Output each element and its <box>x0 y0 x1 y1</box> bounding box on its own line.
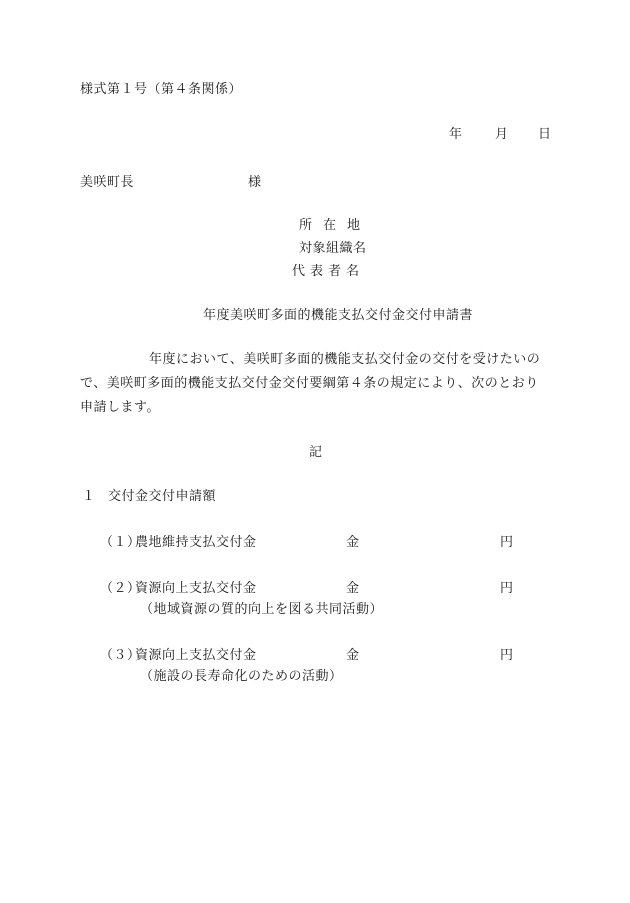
item-3-unit: 円 <box>500 649 513 662</box>
date-month-label: 月 <box>495 128 508 141</box>
applicant-representative-label: 代表者名 <box>292 265 364 278</box>
body-line-2: で、美咲町多面的機能支払交付金交付要綱第４条の規定により、次のとおり <box>80 377 539 390</box>
item-2-amount-prefix: 金 <box>346 582 359 595</box>
applicant-address-label: 所在地 <box>299 219 371 232</box>
date-day-label: 日 <box>538 128 551 141</box>
item-3-amount-prefix: 金 <box>346 649 359 662</box>
item-1-amount-prefix: 金 <box>346 536 359 549</box>
addressee-honorific: 様 <box>248 176 261 189</box>
document-title: 年度美咲町多面的機能支払交付金交付申請書 <box>203 309 473 322</box>
body-line-1: 年度において、美咲町多面的機能支払交付金の交付を受けたいの <box>149 353 540 366</box>
item-3-name: 資源向上支払交付金 <box>135 649 257 662</box>
date-year-label: 年 <box>449 128 462 141</box>
applicant-organization-label: 対象組織名 <box>299 242 367 255</box>
ki-heading: 記 <box>309 446 322 459</box>
form-number: 様式第１号（第４条関係） <box>80 83 242 96</box>
addressee-name: 美咲町長 <box>80 176 134 189</box>
item-1-name: 農地維持支払交付金 <box>135 536 257 549</box>
section-1-number: １ <box>82 490 95 503</box>
item-2-note: （地域資源の質的向上を図る共同活動） <box>140 603 383 616</box>
item-2-name: 資源向上支払交付金 <box>135 582 257 595</box>
body-line-3: 申請します。 <box>80 401 160 414</box>
section-1-heading: 交付金交付申請額 <box>108 490 216 503</box>
item-3-note: （施設の長寿命化のための活動） <box>140 670 343 683</box>
item-1-unit: 円 <box>500 536 513 549</box>
item-2-unit: 円 <box>500 582 513 595</box>
